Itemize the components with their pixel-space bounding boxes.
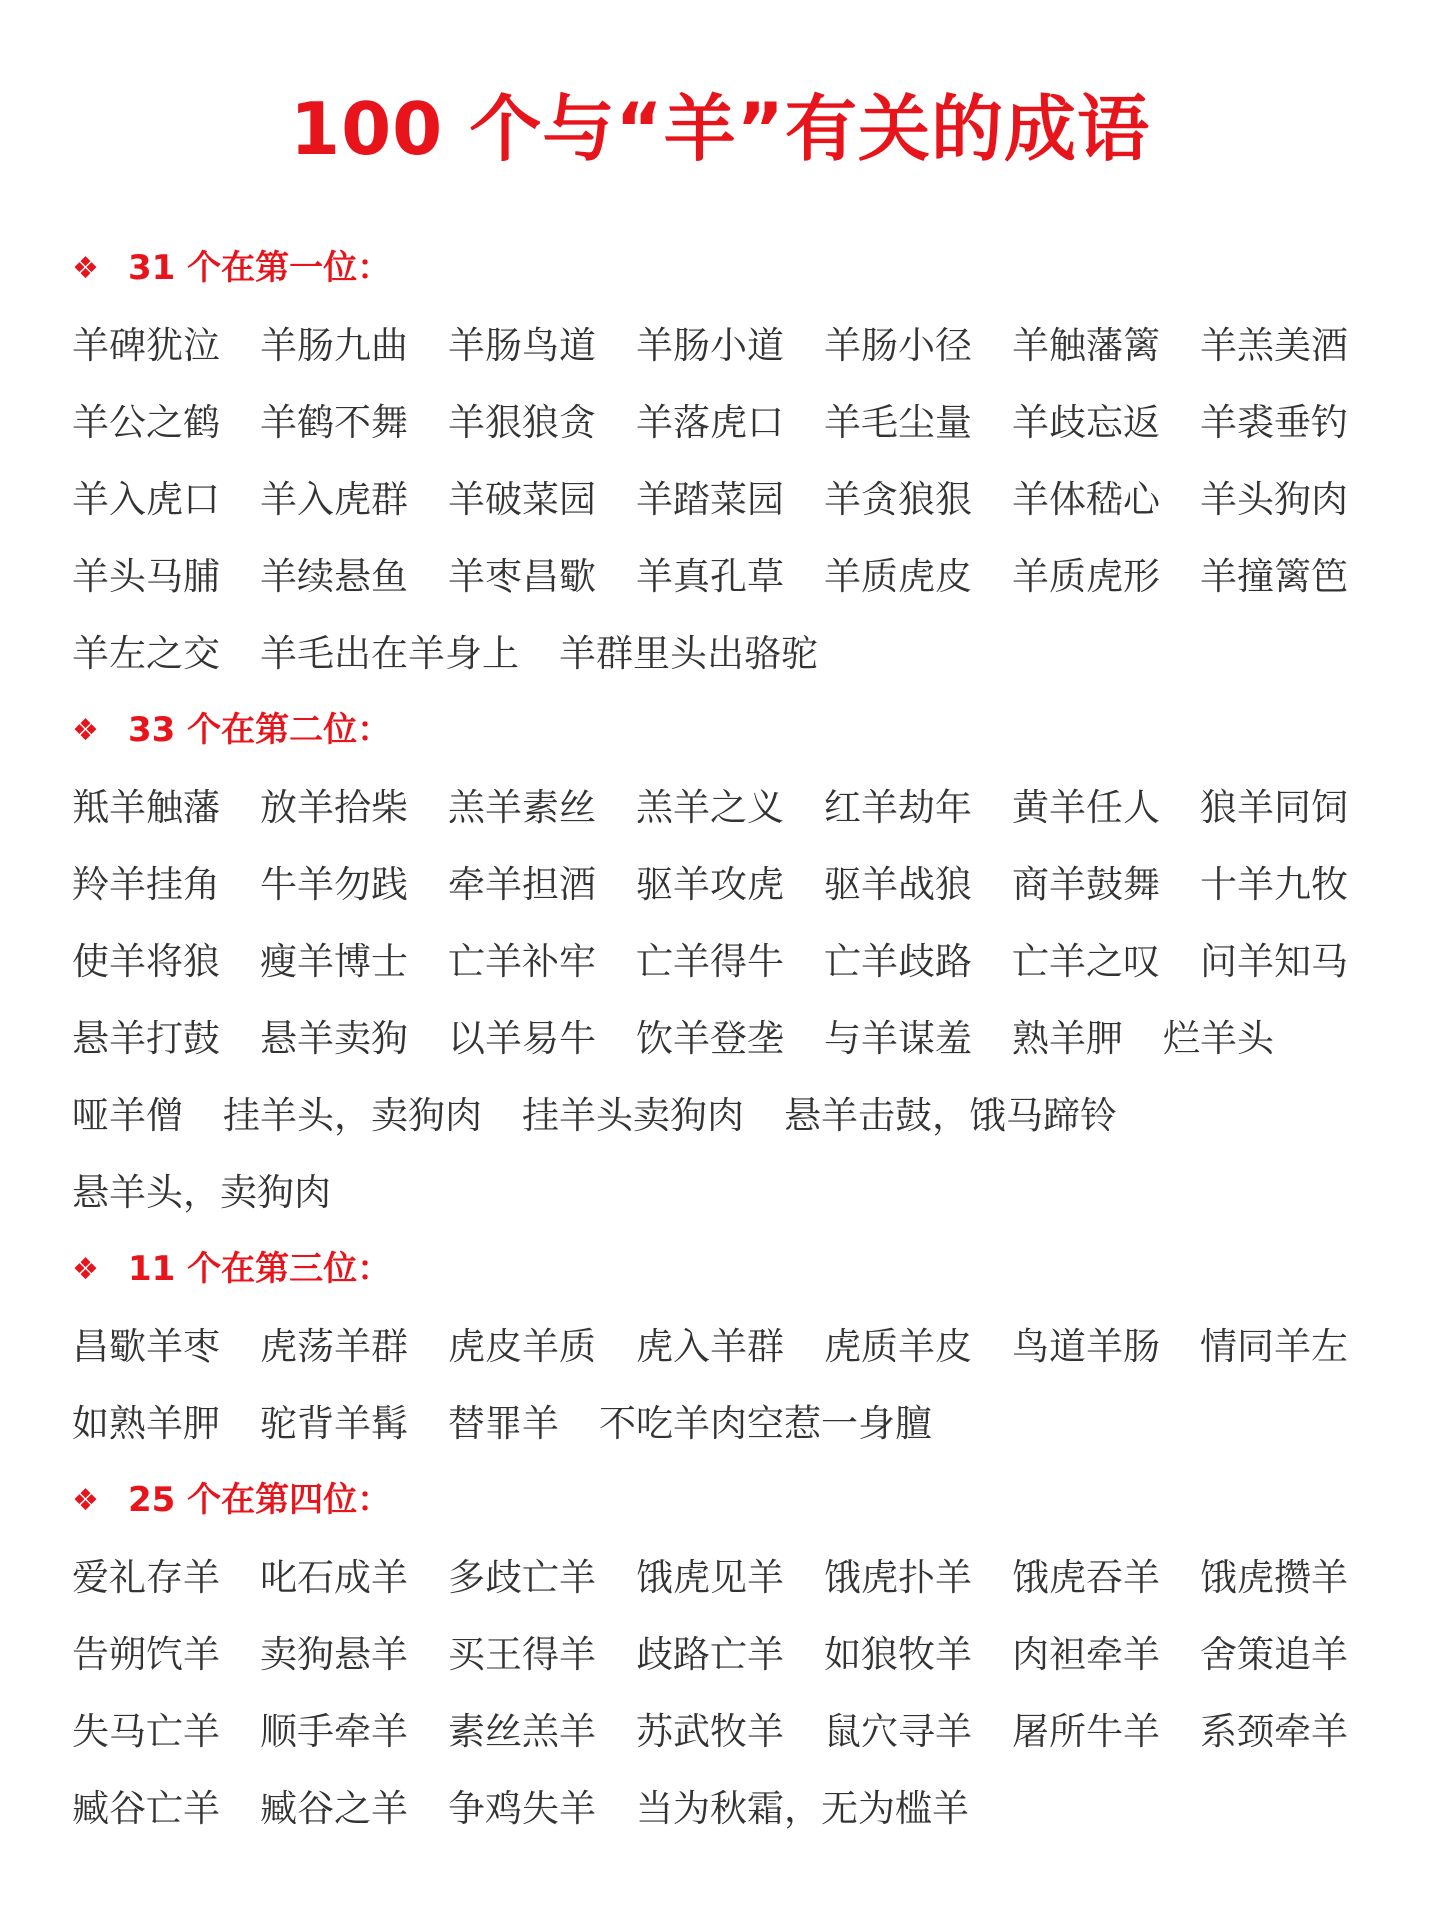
idiom-item: 悬羊击鼓，饿马蹄铃 <box>784 1077 1117 1154</box>
idiom-item: 十羊九牧 <box>1200 846 1348 923</box>
idiom-item: 亡羊之叹 <box>1012 923 1160 1000</box>
idiom-item: 熟羊胛 <box>1012 1000 1123 1077</box>
idiom-item: 烂羊头 <box>1163 1000 1274 1077</box>
idiom-item: 争鸡失羊 <box>448 1770 596 1847</box>
diamond-bullet-icon: ❖ <box>72 692 102 769</box>
idiom-item: 羊碑犹泣 <box>72 307 220 384</box>
idiom-item: 情同羊左 <box>1200 1308 1348 1385</box>
idiom-item: 羊羔美酒 <box>1200 307 1348 384</box>
idiom-item: 悬羊卖狗 <box>260 1000 408 1077</box>
diamond-bullet-icon: ❖ <box>72 1462 102 1539</box>
idiom-section: ❖11 个在第三位：昌歜羊枣虎荡羊群虎皮羊质虎入羊群虎质羊皮鸟道羊肠情同羊左如熟… <box>72 1231 1382 1462</box>
idiom-item: 歧路亡羊 <box>636 1616 784 1693</box>
idiom-list: 羊碑犹泣羊肠九曲羊肠鸟道羊肠小道羊肠小径羊触藩篱羊羔美酒羊公之鹤羊鹤不舞羊狠狼贪… <box>72 307 1382 692</box>
idiom-item: 黄羊任人 <box>1012 769 1160 846</box>
idiom-item: 舍策追羊 <box>1200 1616 1348 1693</box>
idiom-item: 鸟道羊肠 <box>1012 1308 1160 1385</box>
idiom-item: 羊肠小径 <box>824 307 972 384</box>
idiom-section: ❖33 个在第二位：羝羊触藩放羊拾柴羔羊素丝羔羊之义红羊劫年黄羊任人狼羊同饲羚羊… <box>72 692 1382 1231</box>
idiom-item: 羊群里头出骆驼 <box>559 615 818 692</box>
idiom-item: 亡羊得牛 <box>636 923 784 1000</box>
idiom-item: 羊撞篱笆 <box>1200 538 1348 615</box>
idiom-item: 虎皮羊质 <box>448 1308 596 1385</box>
idiom-item: 问羊知马 <box>1200 923 1348 1000</box>
idiom-item: 哑羊僧 <box>72 1077 183 1154</box>
idiom-item: 羊头狗肉 <box>1200 461 1348 538</box>
idiom-item: 羊质虎皮 <box>824 538 972 615</box>
idiom-item: 与羊谋羞 <box>824 1000 972 1077</box>
idiom-item: 牵羊担酒 <box>448 846 596 923</box>
diamond-bullet-icon: ❖ <box>72 230 102 307</box>
idiom-item: 不吃羊肉空惹一身膻 <box>599 1385 932 1462</box>
idiom-item: 爱礼存羊 <box>72 1539 220 1616</box>
section-header: ❖11 个在第三位： <box>72 1231 1382 1308</box>
idiom-item: 告朔饩羊 <box>72 1616 220 1693</box>
idiom-item: 羝羊触藩 <box>72 769 220 846</box>
idiom-sections: ❖31 个在第一位：羊碑犹泣羊肠九曲羊肠鸟道羊肠小道羊肠小径羊触藩篱羊羔美酒羊公… <box>72 230 1382 1847</box>
idiom-item: 饿虎吞羊 <box>1012 1539 1160 1616</box>
idiom-item: 驱羊战狼 <box>824 846 972 923</box>
idiom-item: 亡羊补牢 <box>448 923 596 1000</box>
idiom-item: 羊肠小道 <box>636 307 784 384</box>
idiom-item: 系颈牵羊 <box>1200 1693 1348 1770</box>
section-header: ❖33 个在第二位： <box>72 692 1382 769</box>
idiom-item: 多歧亡羊 <box>448 1539 596 1616</box>
idiom-item: 饿虎扑羊 <box>824 1539 972 1616</box>
idiom-list: 爱礼存羊叱石成羊多歧亡羊饿虎见羊饿虎扑羊饿虎吞羊饿虎攒羊告朔饩羊卖狗悬羊买王得羊… <box>72 1539 1382 1847</box>
idiom-item: 虎荡羊群 <box>260 1308 408 1385</box>
idiom-item: 当为秋霜，无为槛羊 <box>636 1770 969 1847</box>
idiom-item: 红羊劫年 <box>824 769 972 846</box>
idiom-item: 羊质虎形 <box>1012 538 1160 615</box>
idiom-item: 饿虎见羊 <box>636 1539 784 1616</box>
idiom-item: 挂羊头，卖狗肉 <box>223 1077 482 1154</box>
idiom-item: 羊毛尘量 <box>824 384 972 461</box>
idiom-item: 悬羊打鼓 <box>72 1000 220 1077</box>
idiom-item: 替罪羊 <box>448 1385 559 1462</box>
idiom-item: 顺手牵羊 <box>260 1693 408 1770</box>
idiom-item: 羊入虎口 <box>72 461 220 538</box>
diamond-bullet-icon: ❖ <box>72 1231 102 1308</box>
section-header-text: 25 个在第四位： <box>128 1462 391 1539</box>
idiom-item: 驱羊攻虎 <box>636 846 784 923</box>
idiom-item: 羊入虎群 <box>260 461 408 538</box>
idiom-item: 瘦羊博士 <box>260 923 408 1000</box>
section-header-text: 33 个在第二位： <box>128 692 391 769</box>
idiom-item: 亡羊歧路 <box>824 923 972 1000</box>
idiom-item: 羊左之交 <box>72 615 220 692</box>
idiom-item: 羊续悬鱼 <box>260 538 408 615</box>
idiom-item: 羊体嵇心 <box>1012 461 1160 538</box>
idiom-item: 鼠穴寻羊 <box>824 1693 972 1770</box>
idiom-item: 叱石成羊 <box>260 1539 408 1616</box>
idiom-item: 羊真孔草 <box>636 538 784 615</box>
idiom-item: 失马亡羊 <box>72 1693 220 1770</box>
idiom-item: 羊贪狼狠 <box>824 461 972 538</box>
section-header: ❖31 个在第一位： <box>72 230 1382 307</box>
section-header: ❖25 个在第四位： <box>72 1462 1382 1539</box>
idiom-item: 羊肠九曲 <box>260 307 408 384</box>
idiom-item: 羊鹤不舞 <box>260 384 408 461</box>
idiom-item: 如熟羊胛 <box>72 1385 220 1462</box>
page-title: 100 个与“羊”有关的成语 <box>0 84 1440 174</box>
idiom-item: 商羊鼓舞 <box>1012 846 1160 923</box>
idiom-item: 羊狠狼贪 <box>448 384 596 461</box>
idiom-item: 羊枣昌歜 <box>448 538 596 615</box>
idiom-item: 羊歧忘返 <box>1012 384 1160 461</box>
idiom-list: 羝羊触藩放羊拾柴羔羊素丝羔羊之义红羊劫年黄羊任人狼羊同饲羚羊挂角牛羊勿践牵羊担酒… <box>72 769 1382 1231</box>
idiom-item: 牛羊勿践 <box>260 846 408 923</box>
idiom-item: 以羊易牛 <box>448 1000 596 1077</box>
idiom-item: 放羊拾柴 <box>260 769 408 846</box>
idiom-item: 苏武牧羊 <box>636 1693 784 1770</box>
idiom-item: 买王得羊 <box>448 1616 596 1693</box>
idiom-item: 臧谷亡羊 <box>72 1770 220 1847</box>
idiom-item: 肉袒牵羊 <box>1012 1616 1160 1693</box>
idiom-item: 羊落虎口 <box>636 384 784 461</box>
idiom-item: 驼背羊髯 <box>260 1385 408 1462</box>
idiom-section: ❖25 个在第四位：爱礼存羊叱石成羊多歧亡羊饿虎见羊饿虎扑羊饿虎吞羊饿虎攒羊告朔… <box>72 1462 1382 1847</box>
idiom-item: 羊破菜园 <box>448 461 596 538</box>
idiom-item: 羊裘垂钓 <box>1200 384 1348 461</box>
idiom-item: 如狼牧羊 <box>824 1616 972 1693</box>
idiom-section: ❖31 个在第一位：羊碑犹泣羊肠九曲羊肠鸟道羊肠小道羊肠小径羊触藩篱羊羔美酒羊公… <box>72 230 1382 692</box>
idiom-item: 羊公之鹤 <box>72 384 220 461</box>
idiom-item: 羊头马脯 <box>72 538 220 615</box>
idiom-item: 羊毛出在羊身上 <box>260 615 519 692</box>
idiom-item: 悬羊头，卖狗肉 <box>72 1154 331 1231</box>
section-header-text: 11 个在第三位： <box>128 1231 391 1308</box>
idiom-item: 卖狗悬羊 <box>260 1616 408 1693</box>
section-header-text: 31 个在第一位： <box>128 230 391 307</box>
idiom-item: 虎质羊皮 <box>824 1308 972 1385</box>
idiom-item: 饿虎攒羊 <box>1200 1539 1348 1616</box>
idiom-item: 羚羊挂角 <box>72 846 220 923</box>
idiom-item: 虎入羊群 <box>636 1308 784 1385</box>
idiom-item: 素丝羔羊 <box>448 1693 596 1770</box>
idiom-list: 昌歜羊枣虎荡羊群虎皮羊质虎入羊群虎质羊皮鸟道羊肠情同羊左如熟羊胛驼背羊髯替罪羊不… <box>72 1308 1382 1462</box>
idiom-item: 羊肠鸟道 <box>448 307 596 384</box>
idiom-item: 昌歜羊枣 <box>72 1308 220 1385</box>
idiom-item: 狼羊同饲 <box>1200 769 1348 846</box>
idiom-item: 挂羊头卖狗肉 <box>522 1077 744 1154</box>
idiom-item: 饮羊登垄 <box>636 1000 784 1077</box>
idiom-item: 羊触藩篱 <box>1012 307 1160 384</box>
idiom-item: 羔羊素丝 <box>448 769 596 846</box>
idiom-item: 臧谷之羊 <box>260 1770 408 1847</box>
idiom-item: 羊踏菜园 <box>636 461 784 538</box>
idiom-item: 使羊将狼 <box>72 923 220 1000</box>
idiom-item: 羔羊之义 <box>636 769 784 846</box>
idiom-item: 屠所牛羊 <box>1012 1693 1160 1770</box>
